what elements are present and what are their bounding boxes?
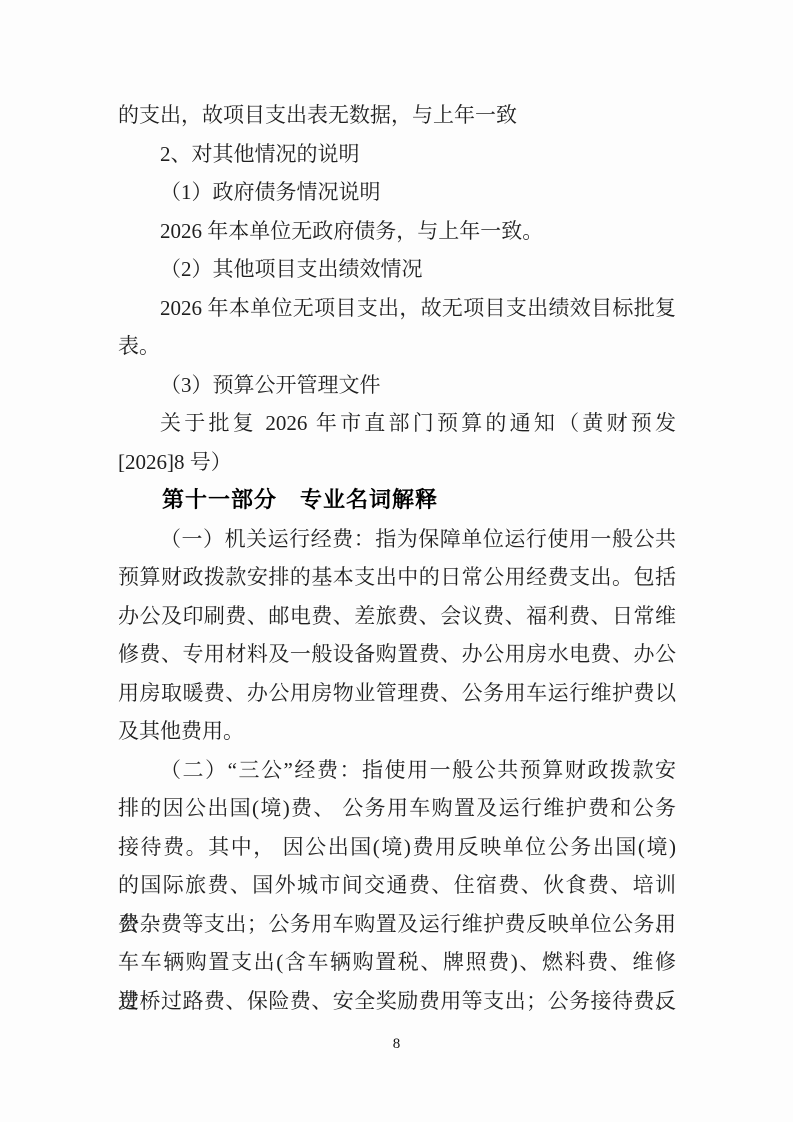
text-line: （2）其他项目支出绩效情况	[118, 250, 676, 289]
text-line: 及其他费用。	[118, 712, 676, 751]
text-line: 2026 年本单位无政府债务，与上年一致。	[118, 212, 676, 251]
text-line: 车车辆购置支出(含车辆购置税、牌照费)、燃料费、维修费、	[118, 943, 676, 982]
text-line: （1）政府债务情况说明	[118, 173, 676, 212]
text-line: 办公及印刷费、邮电费、差旅费、会议费、福利费、日常维	[118, 597, 676, 636]
text-line: （二）“三公”经费：指使用一般公共预算财政拨款安	[118, 751, 676, 790]
text-line: 排的因公出国(境)费、 公务用车购置及运行维护费和公务	[118, 789, 676, 828]
text-line: 预算财政拨款安排的基本支出中的日常公用经费支出。包括	[118, 558, 676, 597]
text-line: 2026 年本单位无项目支出，故无项目支出绩效目标批复	[118, 289, 676, 328]
page-number: 8	[0, 1036, 793, 1053]
text-line: 的国际旅费、国外城市间交通费、住宿费、伙食费、培训费、	[118, 866, 676, 905]
text-line: 关于批复 2026 年市直部门预算的通知（黄财预发	[118, 404, 676, 443]
section-heading: 第十一部分 专业名词解释	[118, 481, 676, 520]
text-line: 用房取暖费、办公用房物业管理费、公务用车运行维护费以	[118, 674, 676, 713]
text-line: 的支出，故项目支出表无数据，与上年一致	[118, 96, 676, 135]
document-page: 的支出，故项目支出表无数据，与上年一致 2、对其他情况的说明 （1）政府债务情况…	[0, 0, 793, 1122]
text-line: 2、对其他情况的说明	[118, 135, 676, 174]
document-body: 的支出，故项目支出表无数据，与上年一致 2、对其他情况的说明 （1）政府债务情况…	[118, 96, 676, 1020]
text-line: 表。	[118, 327, 676, 366]
text-line: （3）预算公开管理文件	[118, 366, 676, 405]
text-line: 公杂费等支出；公务用车购置及运行维护费反映单位公务用	[118, 905, 676, 944]
text-line: 过桥过路费、保险费、安全奖励费用等支出；公务接待费反	[118, 982, 676, 1021]
text-line: [2026]8 号）	[118, 443, 676, 482]
text-line: 修费、专用材料及一般设备购置费、办公用房水电费、办公	[118, 635, 676, 674]
text-line: 接待费。其中， 因公出国(境)费用反映单位公务出国(境)	[118, 828, 676, 867]
text-line: （一）机关运行经费：指为保障单位运行使用一般公共	[118, 520, 676, 559]
